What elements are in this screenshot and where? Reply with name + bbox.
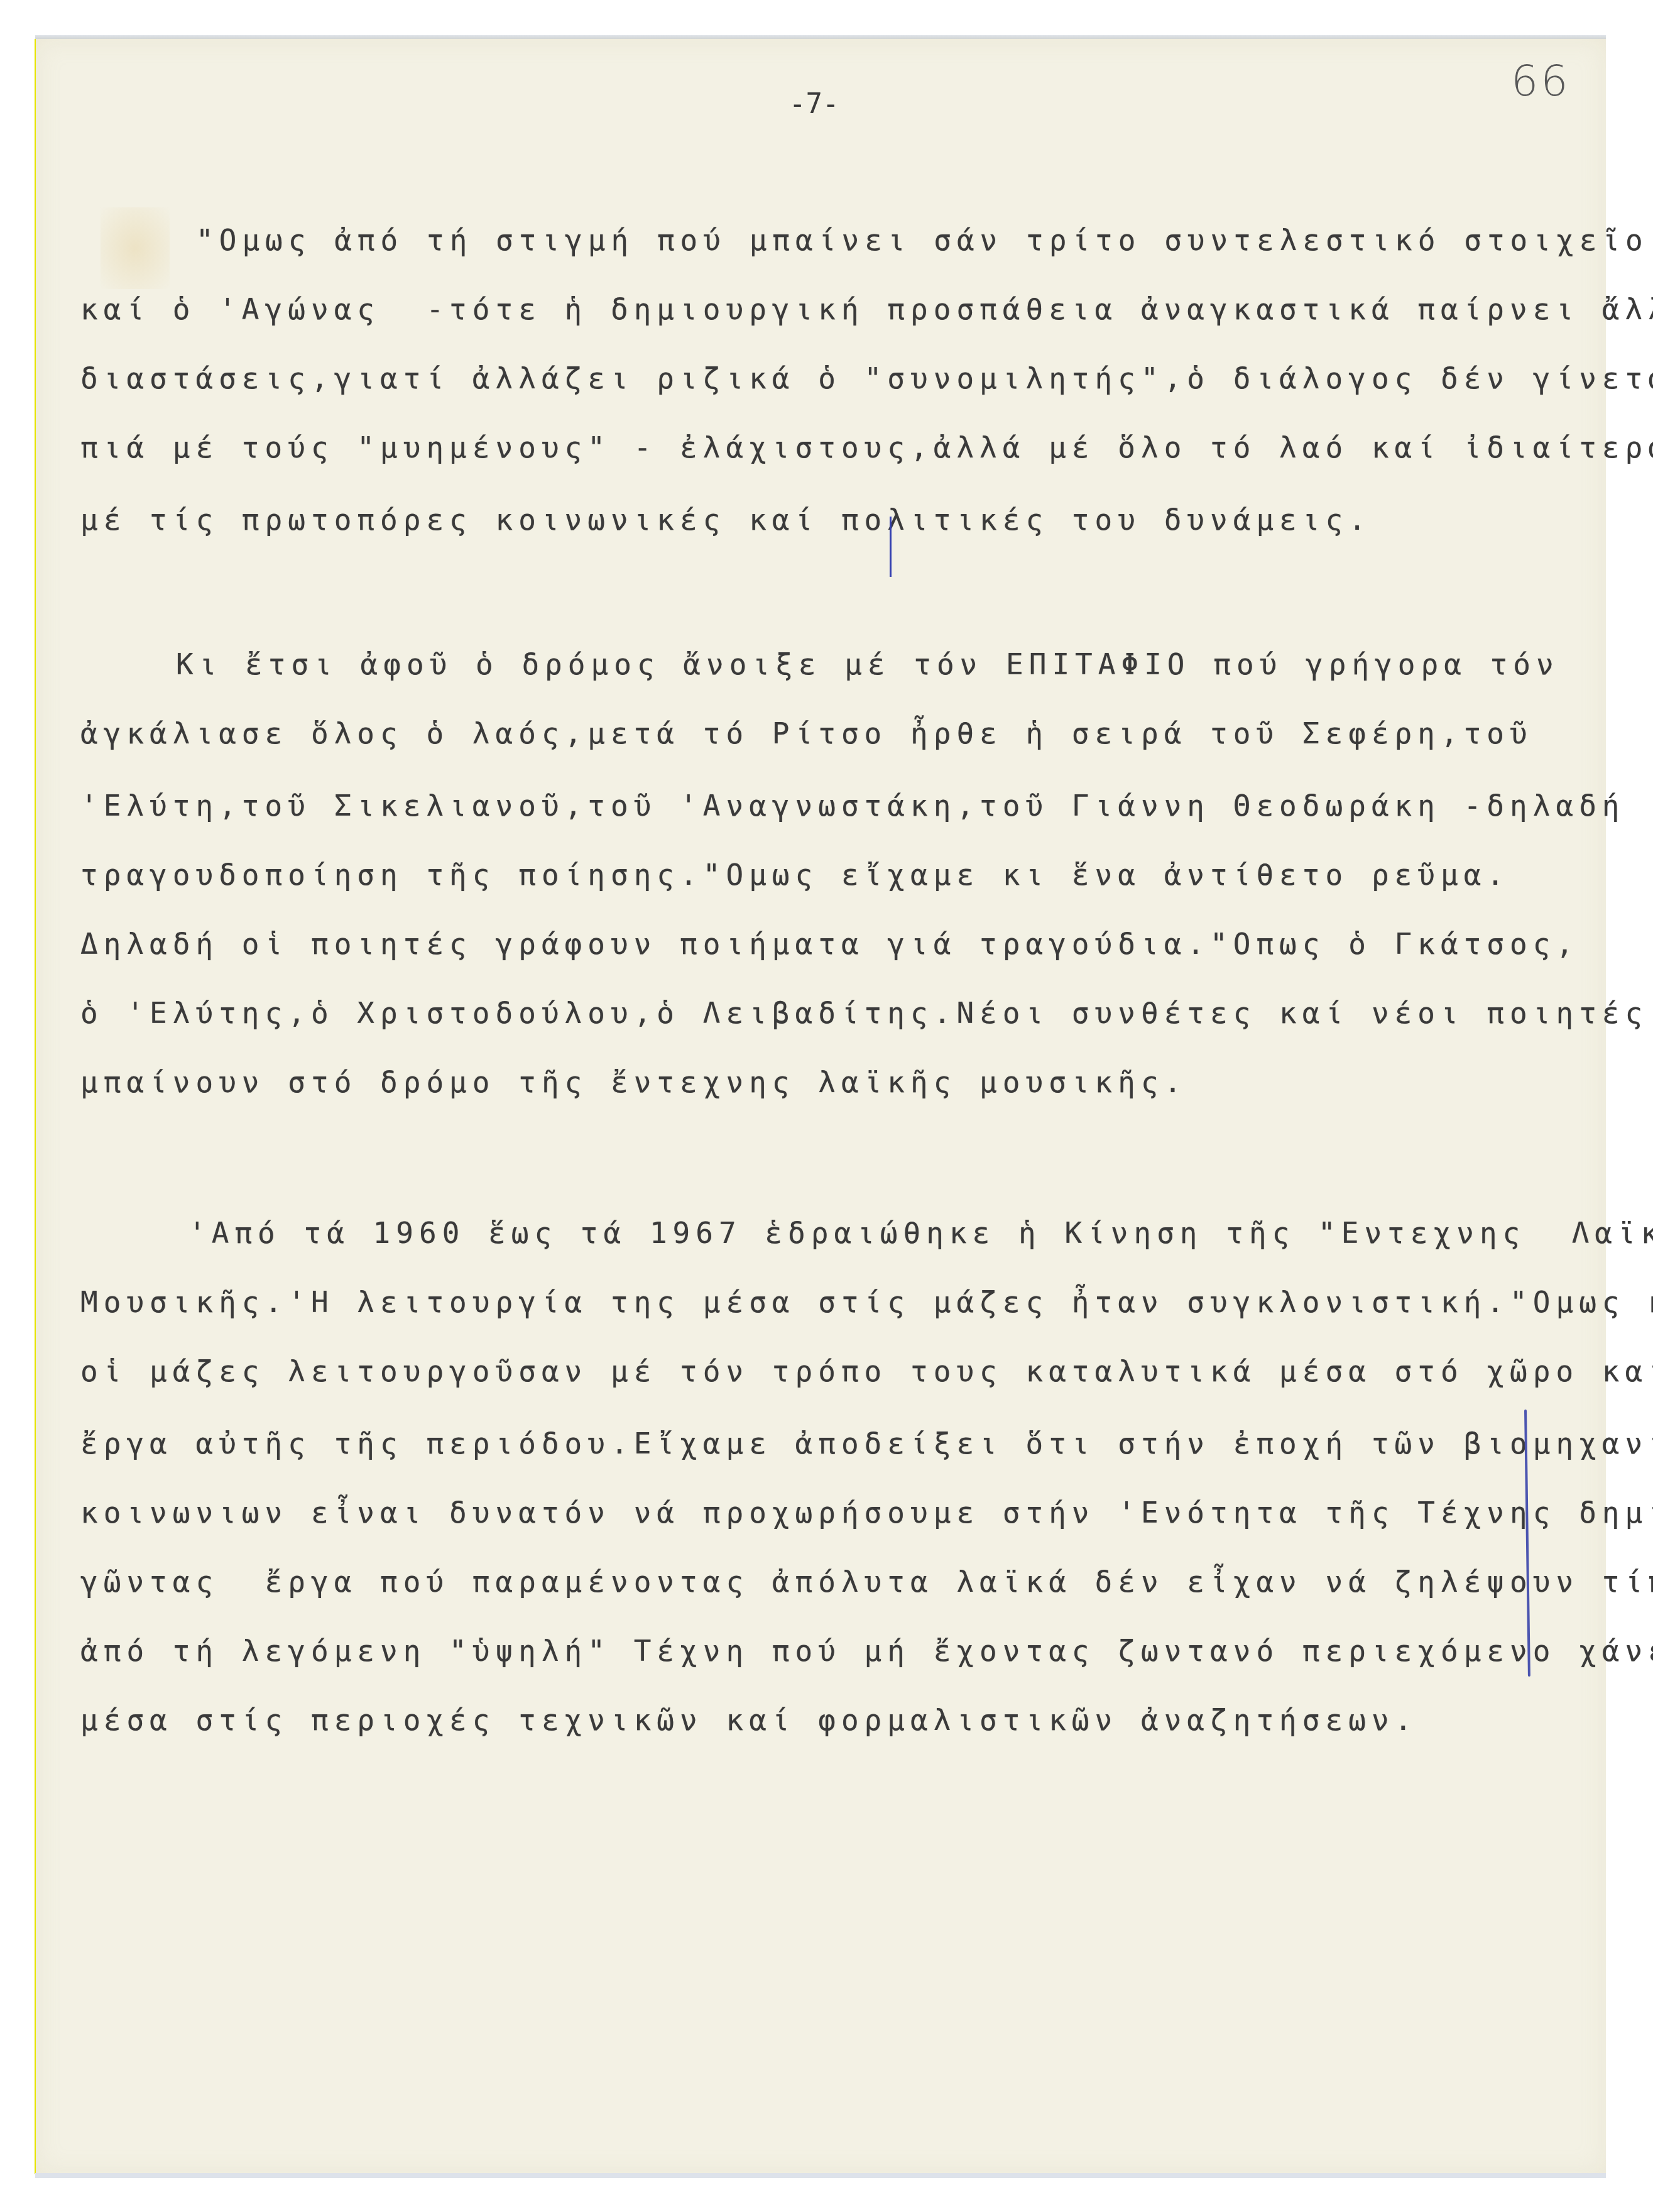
paragraph-3-line-8: μέσα στίς περιοχές τεχνικῶν καί φορμαλισ… [80,1703,1417,1737]
paragraph-2-line-4: τραγουδοποίηση τῆς ποίησης."Ομως εἴχαμε … [80,858,1510,892]
handwritten-page-number: 66 [1511,57,1571,106]
paragraph-1-line-4: πιά μέ τούς "μυημένους" - ἐλάχιστους,ἀλλ… [80,430,1653,464]
scan-edge-bottom [35,2173,1606,2178]
paragraph-2-line-7: μπαίνουν στό δρόμο τῆς ἔντεχνης λαϊκῆς μ… [80,1065,1187,1099]
paragraph-2-line-5: Δηλαδή οἱ ποιητές γράφουν ποιήματα γιά τ… [80,927,1579,961]
paragraph-3-line-3: οἱ μάζες λειτουργοῦσαν μέ τόν τρόπο τους… [80,1354,1653,1388]
paragraph-1-line-5: μέ τίς πρωτοπόρες κοινωνικές καί πολιτικ… [80,503,1372,537]
paragraph-3-line-5: κοινωνιων εἶναι δυνατόν νά προχωρήσουμε … [80,1496,1653,1530]
paragraph-2-line-1: Κι ἔτσι ἀφοῦ ὁ δρόμος ἄνοιξε μέ τόν ΕΠΙΤ… [176,647,1559,681]
scan-edge-left [35,39,36,2174]
paragraph-2-line-2: ἀγκάλιασε ὅλος ὁ λαός,μετά τό Ρίτσο ἦρθε… [80,716,1533,750]
paragraph-1-line-3: διαστάσεις,γιατί ἀλλάζει ριζικά ὁ "συνομ… [80,361,1653,395]
paragraph-3-line-6: γῶντας ἔργα πού παραμένοντας ἀπόλυτα λαϊ… [80,1565,1653,1599]
paragraph-3-line-1: 'Από τά 1960 ἕως τά 1967 ἑδραιώθηκε ἡ Κί… [188,1216,1653,1250]
handwritten-separator-mark [890,517,892,577]
paragraph-3-line-2: Μουσικῆς.'Η λειτουργία της μέσα στίς μάζ… [80,1285,1653,1319]
paragraph-1-line-2: καί ὁ 'Αγώνας -τότε ἡ δημιουργική προσπά… [80,292,1653,326]
paragraph-2-line-3: 'Ελύτη,τοῦ Σικελιανοῦ,τοῦ 'Αναγνωστάκη,τ… [80,789,1625,823]
paper-sheet [35,39,1606,2174]
paragraph-2-line-6: ὁ 'Ελύτης,ὁ Χριστοδούλου,ὁ Λειβαδίτης.Νέ… [80,996,1648,1030]
page-number: -7- [789,88,839,120]
paragraph-3-line-7: ἀπό τή λεγόμενη "ὑψηλή" Τέχνη πού μή ἔχο… [80,1634,1653,1668]
paragraph-3-line-4: ἔργα αὐτῆς τῆς περιόδου.Εἴχαμε ἀποδείξει… [80,1426,1653,1460]
paragraph-1-line-1: "Ομως ἀπό τή στιγμή πού μπαίνει σάν τρίτ… [196,223,1649,257]
paper-stain [101,207,170,289]
